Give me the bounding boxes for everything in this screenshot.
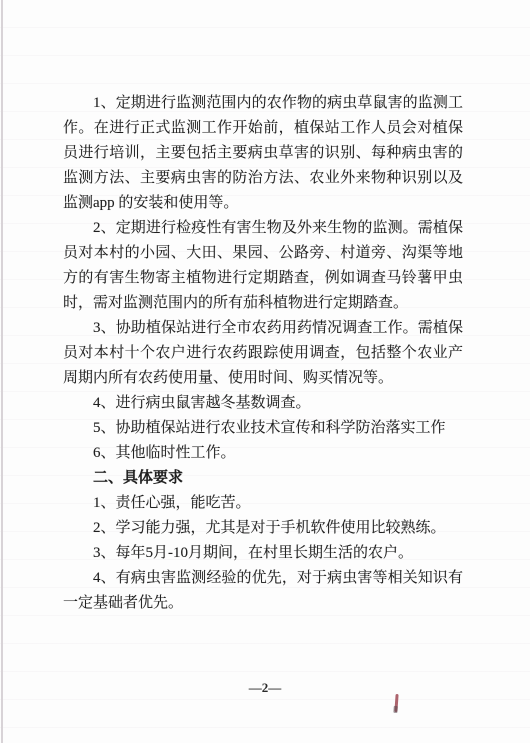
paragraph-task-5: 5、协助植保站进行农业技术宣传和科学防治落实工作 [63,416,463,441]
paragraph-task-6: 6、其他临时性工作。 [63,441,463,466]
document-body: 1、定期进行监测范围内的农作物的病虫草鼠害的监测工作。在进行正式监测工作开始前，… [63,91,463,616]
section-heading-requirements: 二、具体要求 [63,466,463,491]
page-number: —2— [0,680,530,696]
paragraph-requirement-1: 1、责任心强，能吃苦。 [63,491,463,516]
paragraph-task-4: 4、进行病虫鼠害越冬基数调查。 [63,391,463,416]
paragraph-task-1: 1、定期进行监测范围内的农作物的病虫草鼠害的监测工作。在进行正式监测工作开始前，… [63,91,463,216]
paragraph-requirement-2: 2、学习能力强，尤其是对于手机软件使用比较熟练。 [63,516,463,541]
paragraph-task-2: 2、定期进行检疫性有害生物及外来生物的监测。需植保员对本村的小园、大田、果园、公… [63,216,463,316]
paragraph-requirement-3: 3、每年5月-10月期间，在村里长期生活的农户。 [63,541,463,566]
scan-edge-line [1,0,3,743]
handwritten-mark [394,694,398,712]
document-page: 1、定期进行监测范围内的农作物的病虫草鼠害的监测工作。在进行正式监测工作开始前，… [0,0,530,743]
paragraph-task-3: 3、协助植保站进行全市农药用药情况调查工作。需植保员对本村十个农户进行农药跟踪使… [63,316,463,391]
paragraph-requirement-4: 4、有病虫害监测经验的优先，对于病虫害等相关知识有一定基础者优先。 [63,566,463,616]
